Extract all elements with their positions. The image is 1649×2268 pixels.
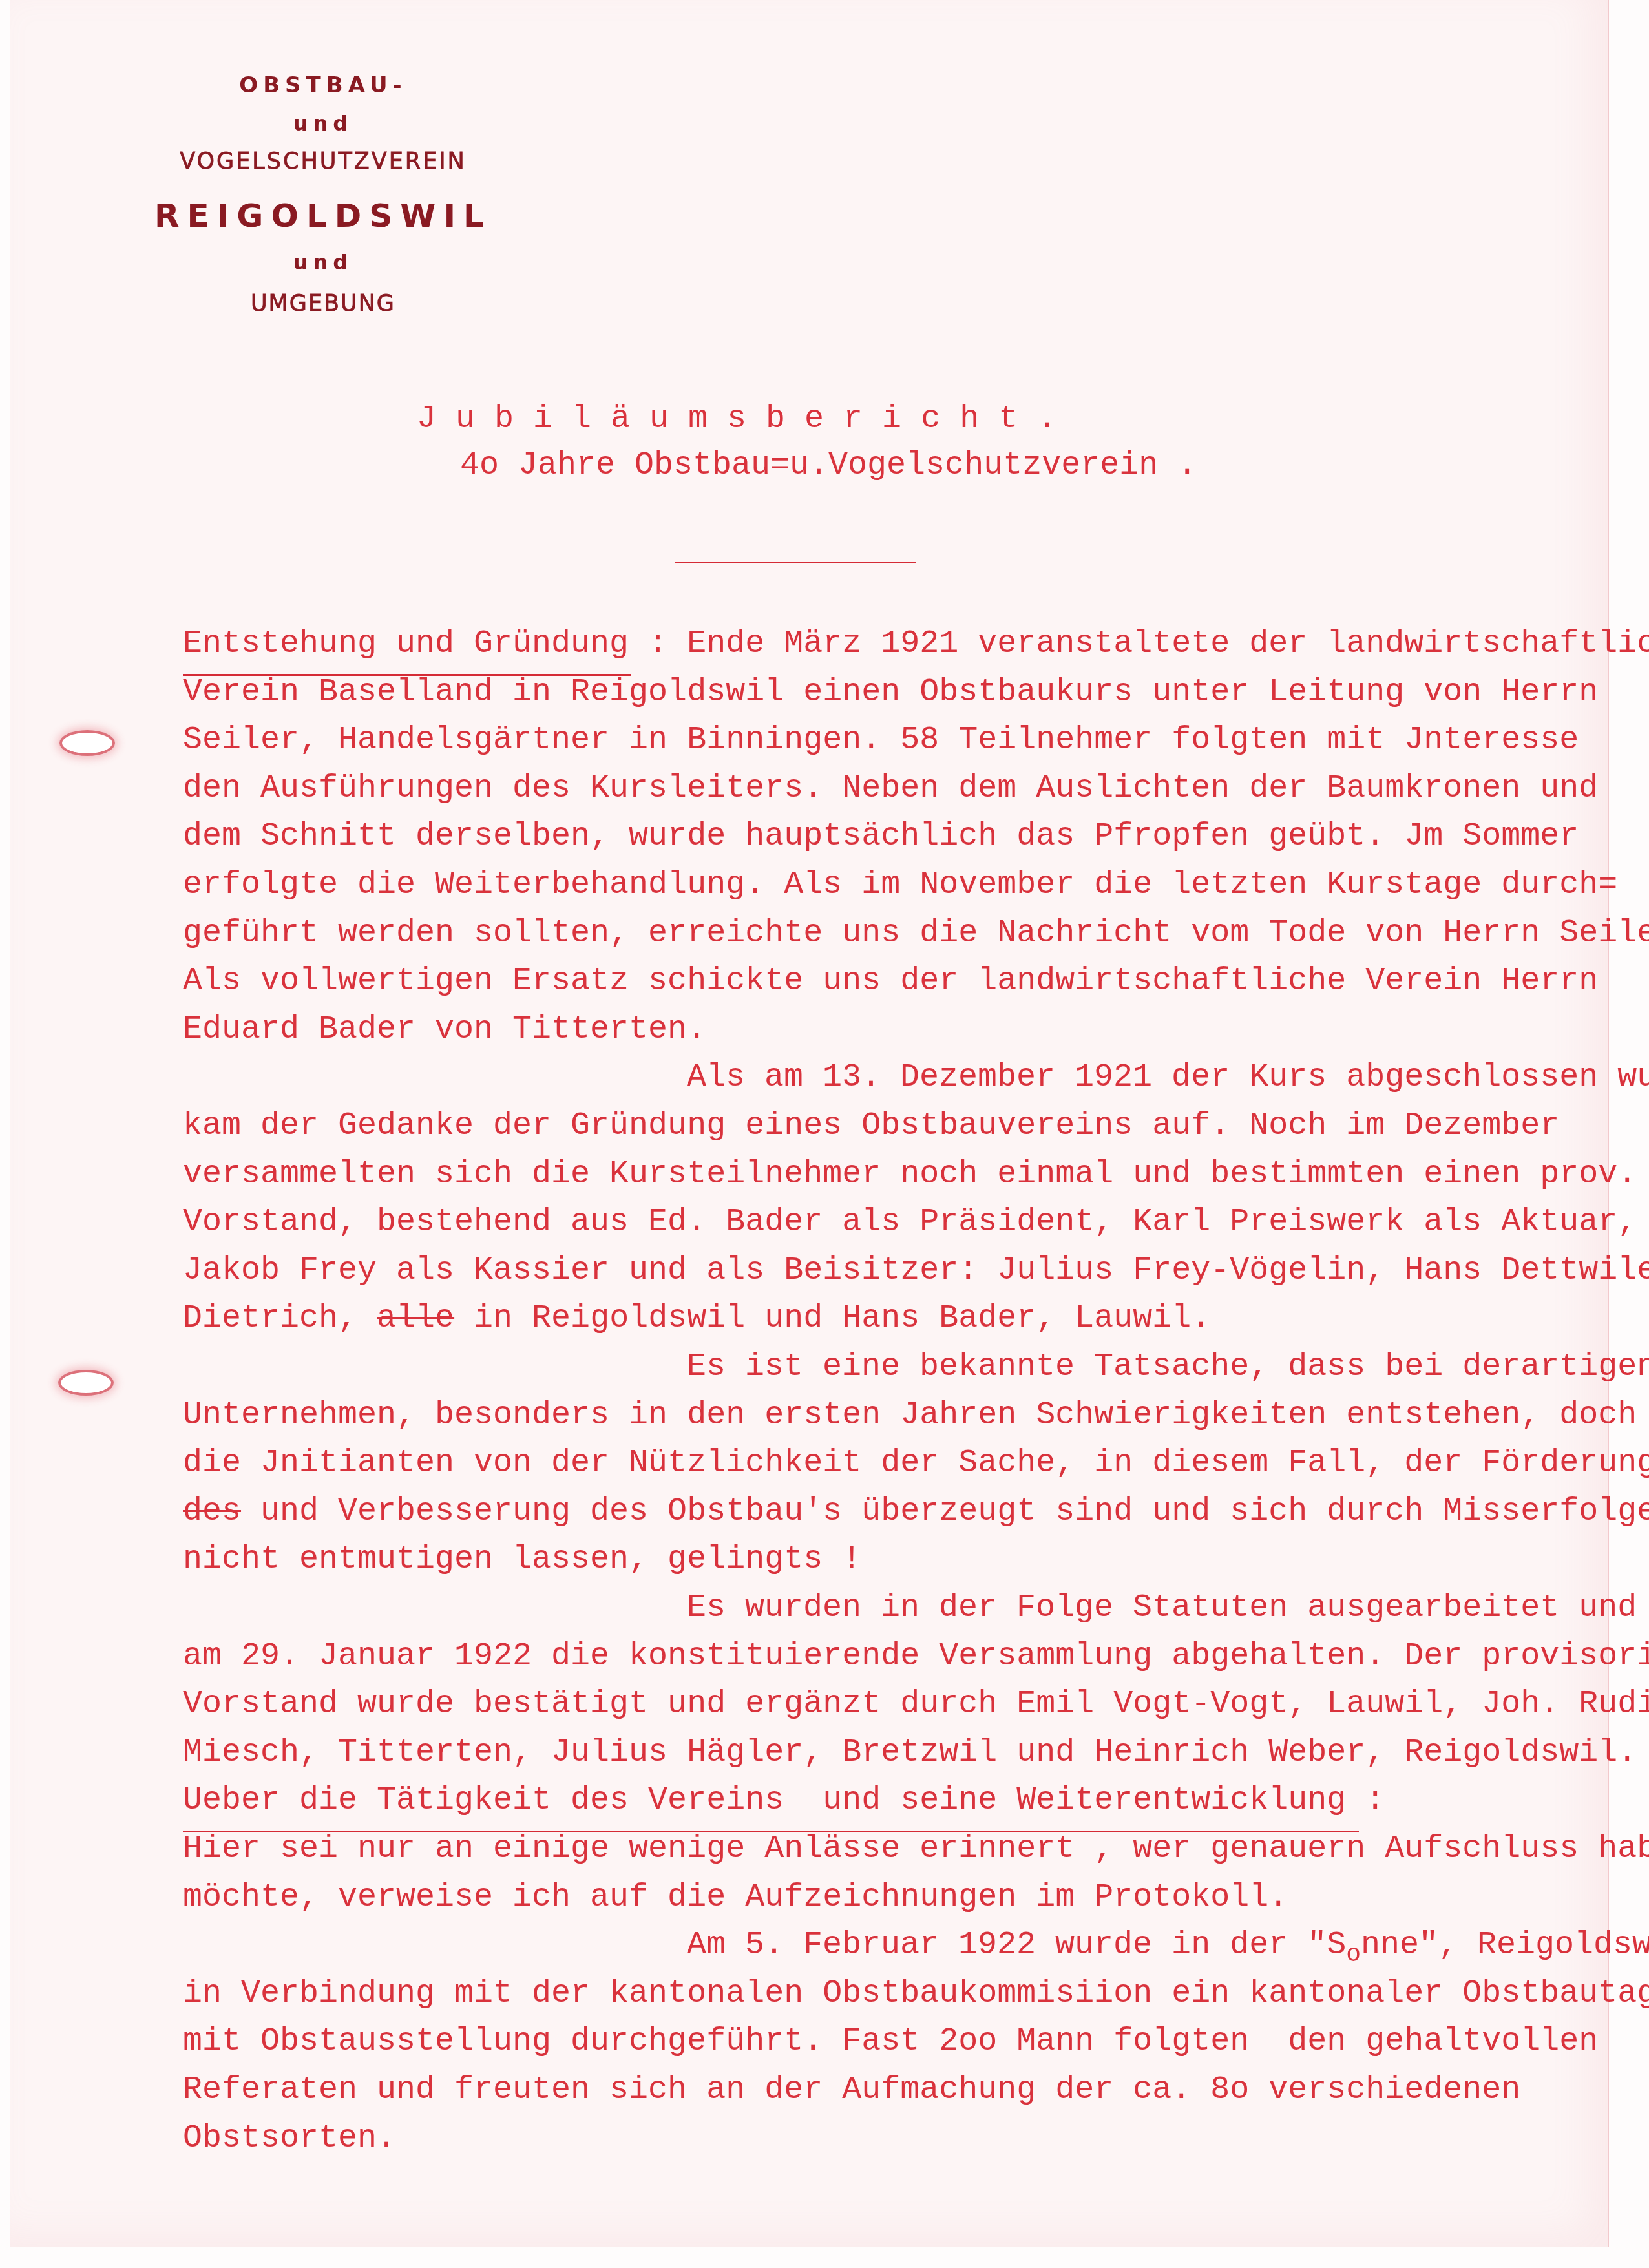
body-line: Entstehung und Gründung : Ende März 1921… — [183, 628, 1649, 660]
struck-out-word: des — [183, 1493, 241, 1530]
body-line: Als vollwertigen Ersatz schickte uns der… — [183, 965, 1598, 998]
body-line: am 29. Januar 1922 die konstituierende V… — [183, 1641, 1649, 1673]
letterhead-line-1: OBSTBAU- — [116, 72, 530, 98]
body-line: Vorstand wurde bestätigt und ergänzt dur… — [183, 1688, 1649, 1721]
body-line: Es wurden in der Folge Statuten ausgearb… — [687, 1592, 1637, 1624]
body-line: des und Verbesserung des Obstbau's überz… — [183, 1496, 1649, 1528]
body-line: Als am 13. Dezember 1921 der Kurs abgesc… — [687, 1062, 1649, 1094]
body-line: versammelten sich die Kursteilnehmer noc… — [183, 1159, 1637, 1191]
body-line: Seiler, Handelsgärtner in Binningen. 58 … — [183, 724, 1579, 757]
struck-out-word: alle — [377, 1300, 454, 1337]
document-subtitle: 4o Jahre Obstbau=u.Vogelschutzverein . — [460, 450, 1197, 482]
section-heading-underline — [183, 674, 631, 676]
body-line: Referaten und freuten sich an der Aufmac… — [183, 2074, 1520, 2106]
letterhead-line-3: VOGELSCHUTZVEREIN — [116, 149, 530, 174]
body-line: den Ausführungen des Kursleiters. Neben … — [183, 773, 1598, 805]
body-line: Hier sei nur an einige wenige Anlässe er… — [183, 1833, 1649, 1865]
body-line: die Jnitianten von der Nützlichkeit der … — [183, 1447, 1649, 1480]
body-line: in Verbindung mit der kantonalen Obstbau… — [183, 1978, 1649, 2010]
body-line: Vorstand, bestehend aus Ed. Bader als Pr… — [183, 1206, 1637, 1239]
section-heading-underline — [183, 1831, 1359, 1832]
body-line: Miesch, Titterten, Julius Hägler, Bretzw… — [183, 1737, 1637, 1769]
punch-hole-top — [62, 733, 112, 753]
body-line: erfolgte die Weiterbehandlung. Als im No… — [183, 869, 1617, 901]
body-line: Jakob Frey als Kassier und als Beisitzer… — [183, 1255, 1649, 1287]
body-line: nicht entmutigen lassen, gelingts ! — [183, 1544, 861, 1576]
body-line: dem Schnitt derselben, wurde hauptsächli… — [183, 821, 1579, 853]
punch-hole-bottom — [61, 1372, 111, 1393]
body-line: Es ist eine bekannte Tatsache, dass bei … — [687, 1351, 1649, 1383]
body-line: Verein Baselland in Reigoldswil einen Ob… — [183, 677, 1598, 709]
letterhead-line-6: UMGEBUNG — [116, 291, 530, 317]
body-line: Unternehmen, besonders in den ersten Jah… — [183, 1400, 1649, 1432]
body-line: Am 5. Februar 1922 wurde in der "Sonne",… — [687, 1929, 1649, 1962]
letterhead-line-5: und — [116, 250, 530, 275]
letterhead-line-2: und — [116, 111, 530, 136]
body-line: mit Obstausstellung durchgeführt. Fast 2… — [183, 2026, 1598, 2058]
body-line: Ueber die Tätigkeit des Vereins und sein… — [183, 1785, 1385, 1817]
body-line: Dietrich, alle in Reigoldswil und Hans B… — [183, 1303, 1210, 1335]
body-line: geführt werden sollten, erreichte uns di… — [183, 918, 1649, 950]
document-title: J u b i l ä u m s b e r i c h t . — [417, 403, 1056, 436]
body-line: kam der Gedanke der Gründung eines Obstb… — [183, 1110, 1559, 1142]
title-divider — [675, 562, 916, 563]
letterhead-org-name: REIGOLDSWIL — [116, 197, 530, 235]
body-line: Eduard Bader von Titterten. — [183, 1014, 706, 1046]
body-line: Obstsorten. — [183, 2123, 396, 2155]
body-line: möchte, verweise ich auf die Aufzeichnun… — [183, 1882, 1288, 1914]
